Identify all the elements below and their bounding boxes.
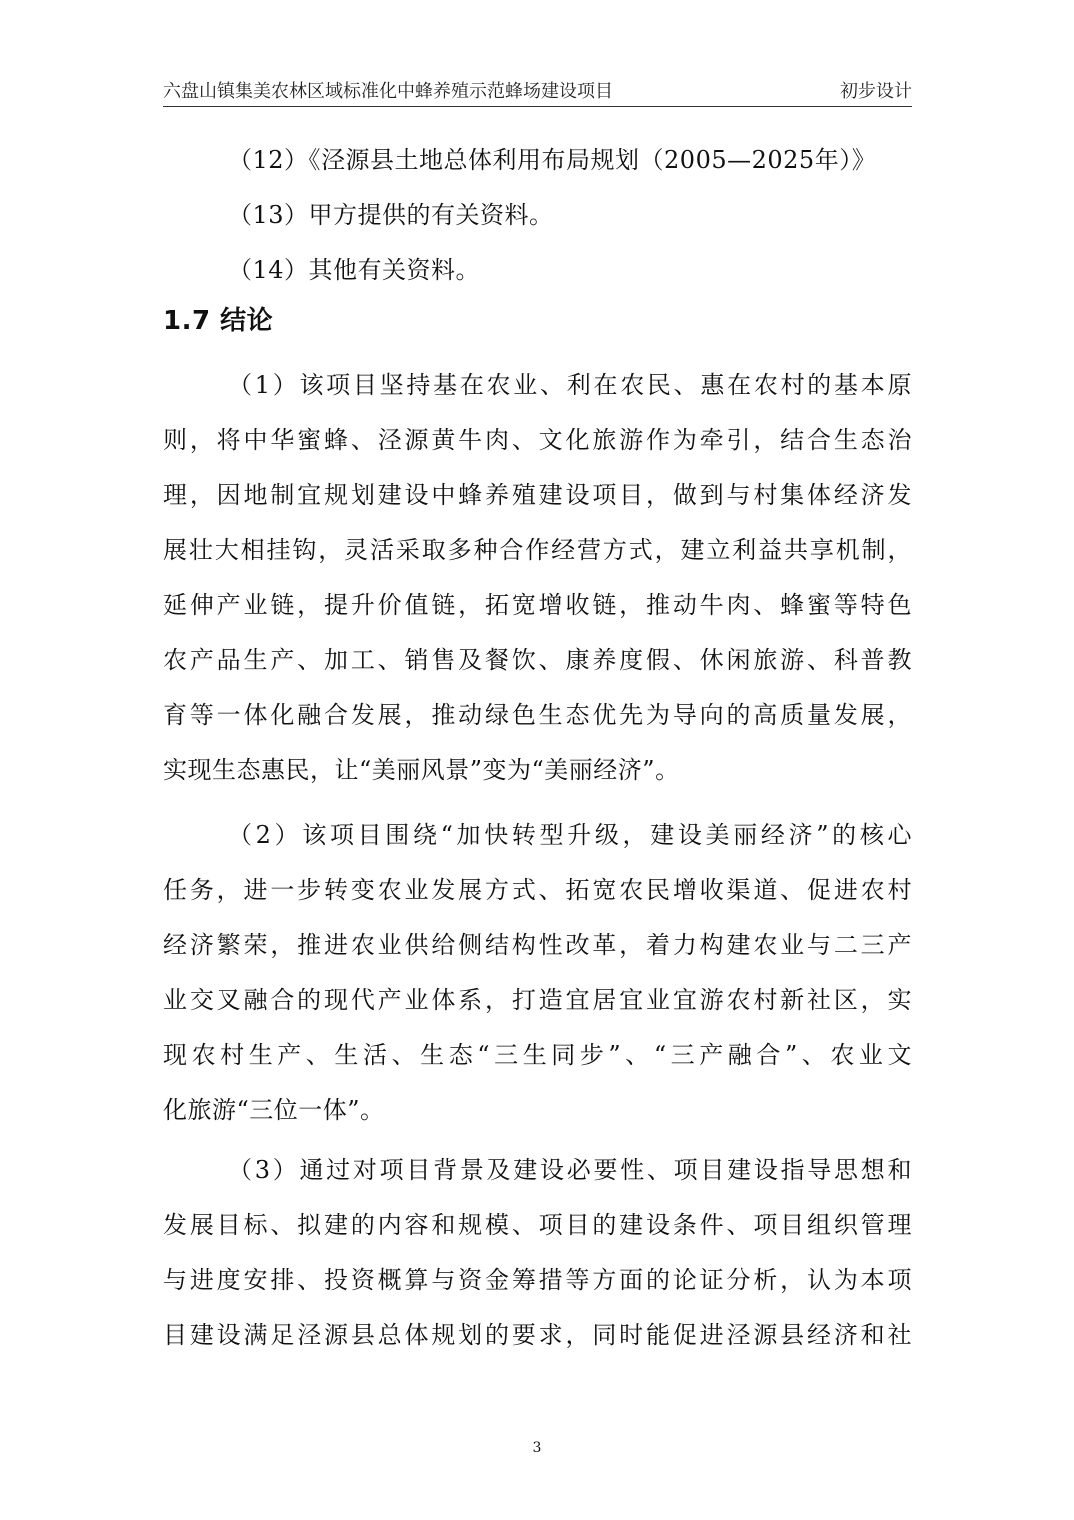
header-doc-type: 初步设计: [840, 80, 912, 104]
reference-item: （14）其他有关资料。: [228, 255, 977, 285]
paragraph-line: 育等一体化融合发展，推动绿色生态优先为导向的高质量发展，: [163, 700, 912, 730]
paragraph-line: 业交叉融合的现代产业体系，打造宜居宜业宜游农村新社区，实: [163, 985, 912, 1015]
paragraph-line: （1）该项目坚持基在农业、利在农民、惠在农村的基本原: [228, 370, 912, 400]
paragraph-line: 经济繁荣，推进农业供给侧结构性改革，着力构建农业与二三产: [163, 930, 912, 960]
page-header: 六盘山镇集美农林区域标准化中蜂养殖示范蜂场建设项目 初步设计: [163, 76, 912, 107]
paragraph-line: 目建设满足泾源县总体规划的要求，同时能促进泾源县经济和社: [163, 1320, 912, 1350]
paragraph-line: 农产品生产、加工、销售及餐饮、康养度假、休闲旅游、科普教: [163, 645, 912, 675]
paragraph-line: （2）该项目围绕“加快转型升级，建设美丽经济”的核心: [228, 820, 912, 850]
paragraph-line: 则，将中华蜜蜂、泾源黄牛肉、文化旅游作为牵引，结合生态治: [163, 425, 912, 455]
paragraph-line: 延伸产业链，提升价值链，拓宽增收链，推动牛肉、蜂蜜等特色: [163, 590, 912, 620]
paragraph-line: 理，因地制宜规划建设中蜂养殖建设项目，做到与村集体经济发: [163, 480, 912, 510]
paragraph-line: （3）通过对项目背景及建设必要性、项目建设指导思想和: [228, 1155, 912, 1185]
paragraph-line: 展壮大相挂钩，灵活采取多种合作经营方式，建立利益共享机制，: [163, 535, 912, 565]
section-heading: 1.7 结论: [163, 306, 912, 336]
paragraph-line: 任务，进一步转变农业发展方式、拓宽农民增收渠道、促进农村: [163, 875, 912, 905]
paragraph-line: 实现生态惠民，让“美丽风景”变为“美丽经济”。: [163, 755, 912, 785]
paragraph-line: 化旅游“三位一体”。: [163, 1095, 912, 1125]
paragraph-line: 发展目标、拟建的内容和规模、项目的建设条件、项目组织管理: [163, 1210, 912, 1240]
paragraph-line: 与进度安排、投资概算与资金筹措等方面的论证分析，认为本项: [163, 1265, 912, 1295]
reference-item: （13）甲方提供的有关资料。: [228, 200, 977, 230]
page-number: 3: [0, 1440, 1074, 1456]
reference-item: （12）《泾源县土地总体利用布局规划（2005—2025年）》: [228, 145, 912, 175]
paragraph-line: 现农村生产、生活、生态“三生同步”、“三产融合”、农业文: [163, 1040, 912, 1070]
header-title: 六盘山镇集美农林区域标准化中蜂养殖示范蜂场建设项目: [163, 80, 613, 104]
